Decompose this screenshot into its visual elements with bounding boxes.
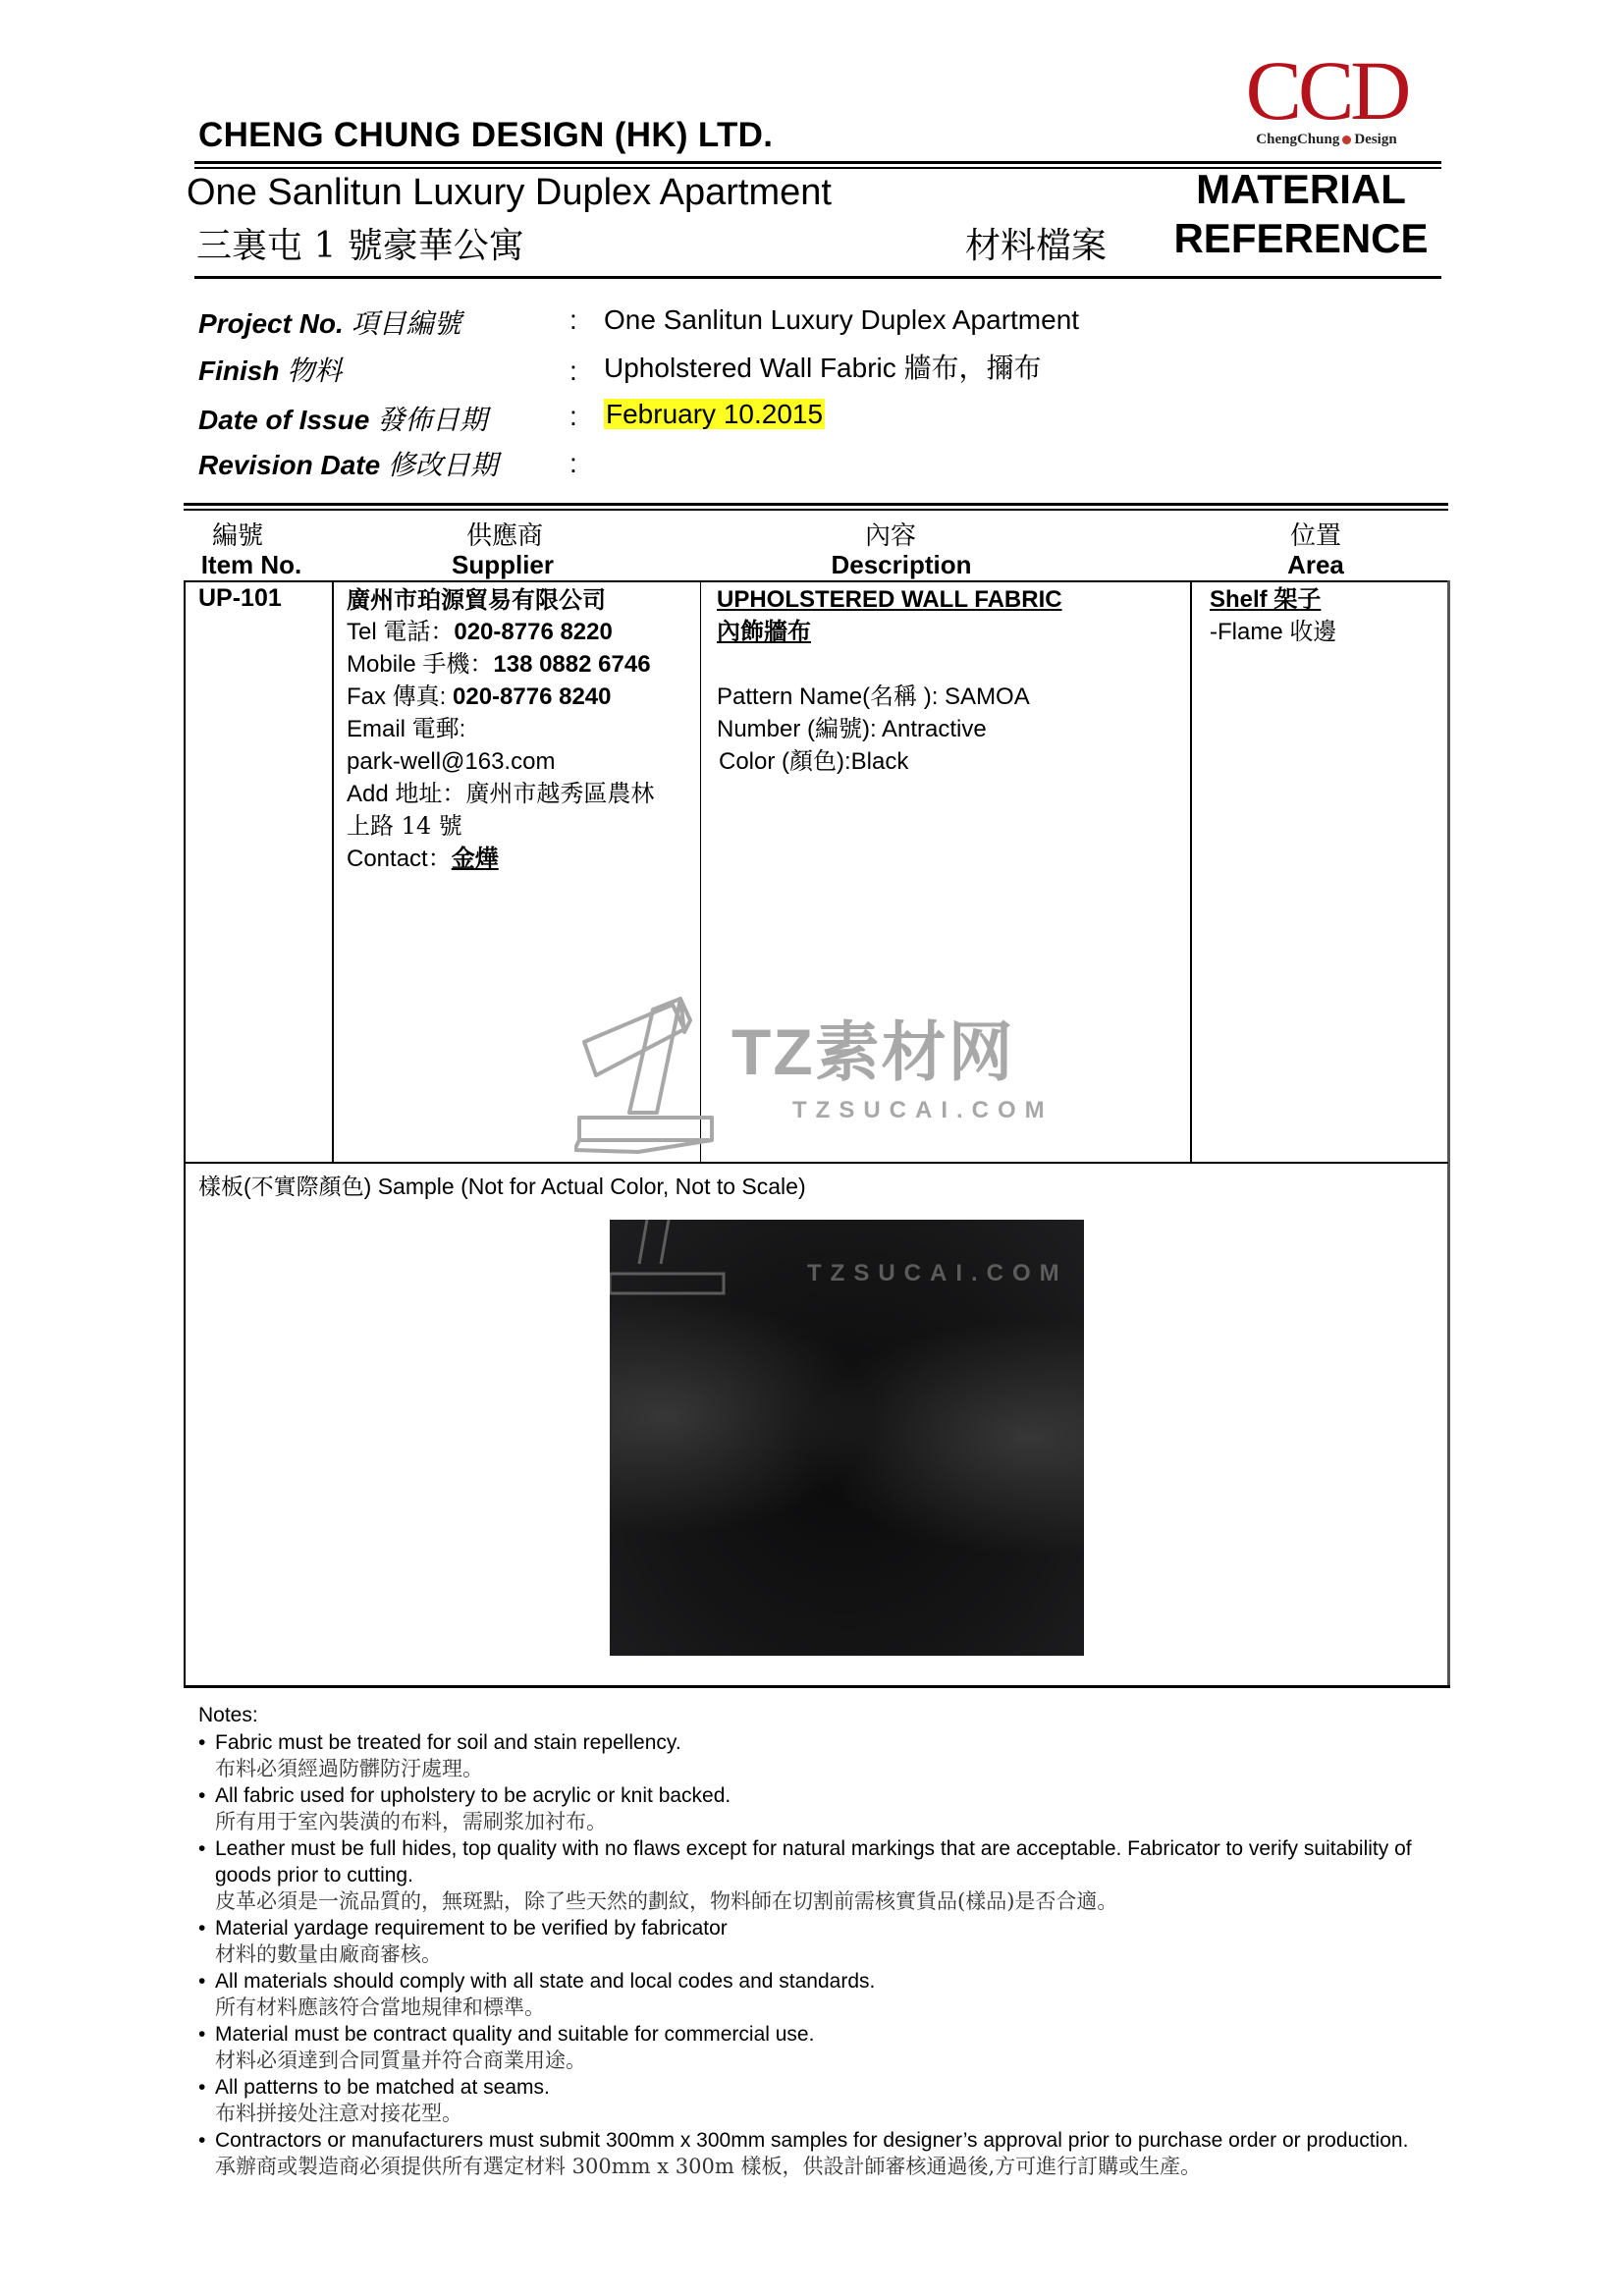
description-pattern-name: Pattern Name(名稱 ): SAMOA: [717, 681, 1178, 713]
col-header-item-zh: 編號: [90, 516, 385, 552]
table-rule-top-2: [184, 509, 1448, 511]
note-text-en: Material yardage requirement to be verif…: [215, 1915, 1426, 1941]
col-header-description-en: Description: [754, 550, 1049, 580]
note-text-en: Leather must be full hides, top quality …: [215, 1835, 1426, 1888]
col-header-item-en: Item No.: [104, 550, 399, 580]
col-header-area-en: Area: [1168, 550, 1463, 580]
bullet-icon: •: [198, 2127, 205, 2154]
note-text-zh: 所有用于室內裝潢的布料，需刷浆加衬布。: [215, 1809, 1426, 1835]
doc-title-line1: MATERIAL: [1159, 165, 1443, 214]
supplier-contact: Contact：金燁: [347, 843, 695, 875]
table-col-divider-3: [1190, 580, 1192, 1163]
finish-colon: :: [569, 355, 577, 387]
watermark-logo-icon: [574, 985, 751, 1157]
mobile-value: 138 0882 6746: [493, 651, 650, 678]
note-text-en: Material must be contract quality and su…: [215, 2021, 1426, 2048]
address-label: Add 地址：: [347, 781, 465, 807]
sample-watermark-url: TZSUCAI.COM: [807, 1260, 1068, 1287]
note-text-en: All fabric used for upholstery to be acr…: [215, 1782, 1426, 1809]
project-no-value: One Sanlitun Luxury Duplex Apartment: [604, 304, 1079, 336]
doc-title-line2: REFERENCE: [1159, 214, 1443, 263]
table-rule-top-1: [184, 503, 1448, 506]
bullet-icon: •: [198, 2074, 205, 2101]
revision-date-colon: :: [569, 448, 577, 479]
finish-label-zh: 物料: [287, 355, 342, 387]
description-title-zh: 內飾牆布: [717, 616, 1178, 648]
sample-watermark-logo-icon: [610, 1220, 728, 1298]
ccd-logo: CCD ChengChungDesign: [1223, 51, 1430, 148]
tel-value: 020-8776 8220: [454, 619, 612, 645]
date-of-issue-label-zh: 發佈日期: [377, 404, 487, 436]
header-rule-bottom: [194, 276, 1441, 279]
fax-label: Fax 傳真:: [347, 683, 453, 710]
note-text-zh: 皮革必須是一流品質的，無斑點，除了些天然的劃紋，物料師在切割前需核實貨品(樣品)…: [215, 1888, 1426, 1915]
bullet-icon: •: [198, 1835, 205, 1862]
item-no: UP-101: [198, 582, 282, 615]
table-row-divider: [184, 1162, 1448, 1164]
finish-label-en: Finish: [198, 355, 279, 386]
supplier-email[interactable]: park-well@163.com: [347, 745, 695, 778]
note-item: •Fabric must be treated for soil and sta…: [198, 1729, 1426, 1782]
company-name: CHENG CHUNG DESIGN (HK) LTD.: [198, 116, 773, 155]
description-title-en: UPHOLSTERED WALL FABRIC: [717, 583, 1178, 616]
watermark-brand: TZ素材网: [731, 1000, 1015, 1093]
col-header-area-zh: 位置: [1168, 516, 1463, 552]
bullet-icon: •: [198, 2021, 205, 2048]
col-header-supplier-en: Supplier: [355, 550, 650, 580]
note-text-en: Contractors or manufacturers must submit…: [215, 2127, 1426, 2154]
revision-date-label-en: Revision Date: [198, 450, 380, 480]
address-line1: 廣州市越秀區農林: [465, 780, 654, 807]
note-text-zh: 材料必須達到合同質量并符合商業用途。: [215, 2048, 1426, 2074]
fax-value: 020-8776 8240: [453, 683, 611, 710]
contact-label: Contact：: [347, 846, 452, 872]
revision-date-label: Revision Date 修改日期: [198, 444, 498, 483]
note-item: •All patterns to be matched at seams.布料拼…: [198, 2074, 1426, 2127]
note-item: •All fabric used for upholstery to be ac…: [198, 1782, 1426, 1835]
project-no-label-en: Project No.: [198, 308, 344, 339]
notes-list: •Fabric must be treated for soil and sta…: [198, 1729, 1426, 2180]
logo-tagline-left: ChengChung: [1256, 132, 1339, 147]
revision-date-label-zh: 修改日期: [388, 449, 498, 481]
finish-label: Finish 物料: [198, 350, 342, 389]
doc-title: MATERIAL REFERENCE: [1159, 165, 1443, 263]
description-color: Color (顏色):Black: [717, 745, 1178, 778]
supplier-name: 廣州市珀源貿易有限公司: [347, 583, 695, 616]
contact-value: 金燁: [452, 846, 499, 872]
note-text-zh: 承辦商或製造商必須提供所有選定材料 300mm x 300m 樣板，供設計師審核…: [215, 2154, 1426, 2180]
bullet-icon: •: [198, 1968, 205, 1995]
table-border-bottom: [184, 1685, 1450, 1688]
note-item: •Material yardage requirement to be veri…: [198, 1915, 1426, 1968]
project-no-label: Project No. 項目編號: [198, 302, 461, 342]
supplier-email-label: Email 電郵:: [347, 713, 695, 745]
col-header-description-zh: 內容: [743, 516, 1038, 552]
supplier-fax: Fax 傳真: 020-8776 8240: [347, 681, 695, 713]
bullet-icon: •: [198, 1915, 205, 1941]
table-border-right: [1447, 580, 1450, 1687]
header-rule-top-1: [194, 161, 1441, 164]
note-item: •Contractors or manufacturers must submi…: [198, 2127, 1426, 2180]
project-no-label-zh: 項目編號: [352, 307, 461, 340]
supplier-mobile: Mobile 手機：138 0882 6746: [347, 648, 695, 681]
date-of-issue-label-en: Date of Issue: [198, 405, 369, 435]
bullet-icon: •: [198, 1729, 205, 1756]
supplier-address-line2: 上路 14 號: [347, 810, 695, 843]
logo-mark: CCD: [1223, 51, 1430, 130]
supplier-cell: 廣州市珀源貿易有限公司 Tel 電話：020-8776 8220 Mobile …: [347, 583, 695, 875]
note-text-zh: 布料拼接处注意对接花型。: [215, 2101, 1426, 2127]
date-of-issue-label: Date of Issue 發佈日期: [198, 399, 487, 438]
area-detail: -Flame 收邊: [1210, 616, 1440, 648]
date-highlight: February 10.2015: [604, 399, 825, 429]
note-text-en: All materials should comply with all sta…: [215, 1968, 1426, 1995]
watermark-url: TZSUCAI.COM: [792, 1097, 1054, 1124]
notes-section: Notes: •Fabric must be treated for soil …: [198, 1702, 1426, 2180]
col-header-supplier-zh: 供應商: [357, 516, 652, 552]
table-col-divider-1: [332, 580, 334, 1163]
note-item: •Material must be contract quality and s…: [198, 2021, 1426, 2074]
tel-label: Tel 電話：: [347, 619, 454, 645]
note-item: •Leather must be full hides, top quality…: [198, 1835, 1426, 1915]
project-no-colon: :: [569, 304, 577, 336]
note-text-en: Fabric must be treated for soil and stai…: [215, 1729, 1426, 1756]
supplier-tel: Tel 電話：020-8776 8220: [347, 616, 695, 648]
description-number: Number (編號): Antractive: [717, 713, 1178, 745]
table-border-top: [184, 580, 1448, 582]
description-cell: UPHOLSTERED WALL FABRIC 內飾牆布 Pattern Nam…: [717, 583, 1178, 778]
doc-title-zh: 材料檔案: [965, 218, 1107, 268]
note-text-zh: 材料的數量由廠商審核。: [215, 1941, 1426, 1968]
sample-caption: 樣板(不實際顏色) Sample (Not for Actual Color, …: [198, 1169, 806, 1201]
mobile-label: Mobile 手機：: [347, 651, 493, 678]
note-text-zh: 所有材料應該符合當地規律和標準。: [215, 1995, 1426, 2021]
date-of-issue-value: February 10.2015: [604, 399, 825, 430]
notes-title: Notes:: [198, 1702, 1426, 1728]
finish-value: Upholstered Wall Fabric 牆布，擟布: [604, 347, 1042, 386]
project-title-zh: 三裏屯 1 號豪華公寓: [196, 218, 524, 268]
note-text-zh: 布料必須經過防髒防汙處理。: [215, 1756, 1426, 1782]
logo-tagline-right: Design: [1354, 132, 1396, 147]
project-title-en: One Sanlitun Luxury Duplex Apartment: [187, 172, 832, 214]
bullet-icon: •: [198, 1782, 205, 1809]
table-border-left: [184, 580, 186, 1687]
area-title: Shelf 架子: [1210, 583, 1440, 616]
supplier-address: Add 地址：廣州市越秀區農林: [347, 778, 695, 810]
note-text-en: All patterns to be matched at seams.: [215, 2074, 1426, 2101]
logo-dot-icon: [1342, 136, 1351, 144]
date-of-issue-colon: :: [569, 401, 577, 432]
note-item: •All materials should comply with all st…: [198, 1968, 1426, 2021]
area-cell: Shelf 架子 -Flame 收邊: [1210, 583, 1440, 648]
